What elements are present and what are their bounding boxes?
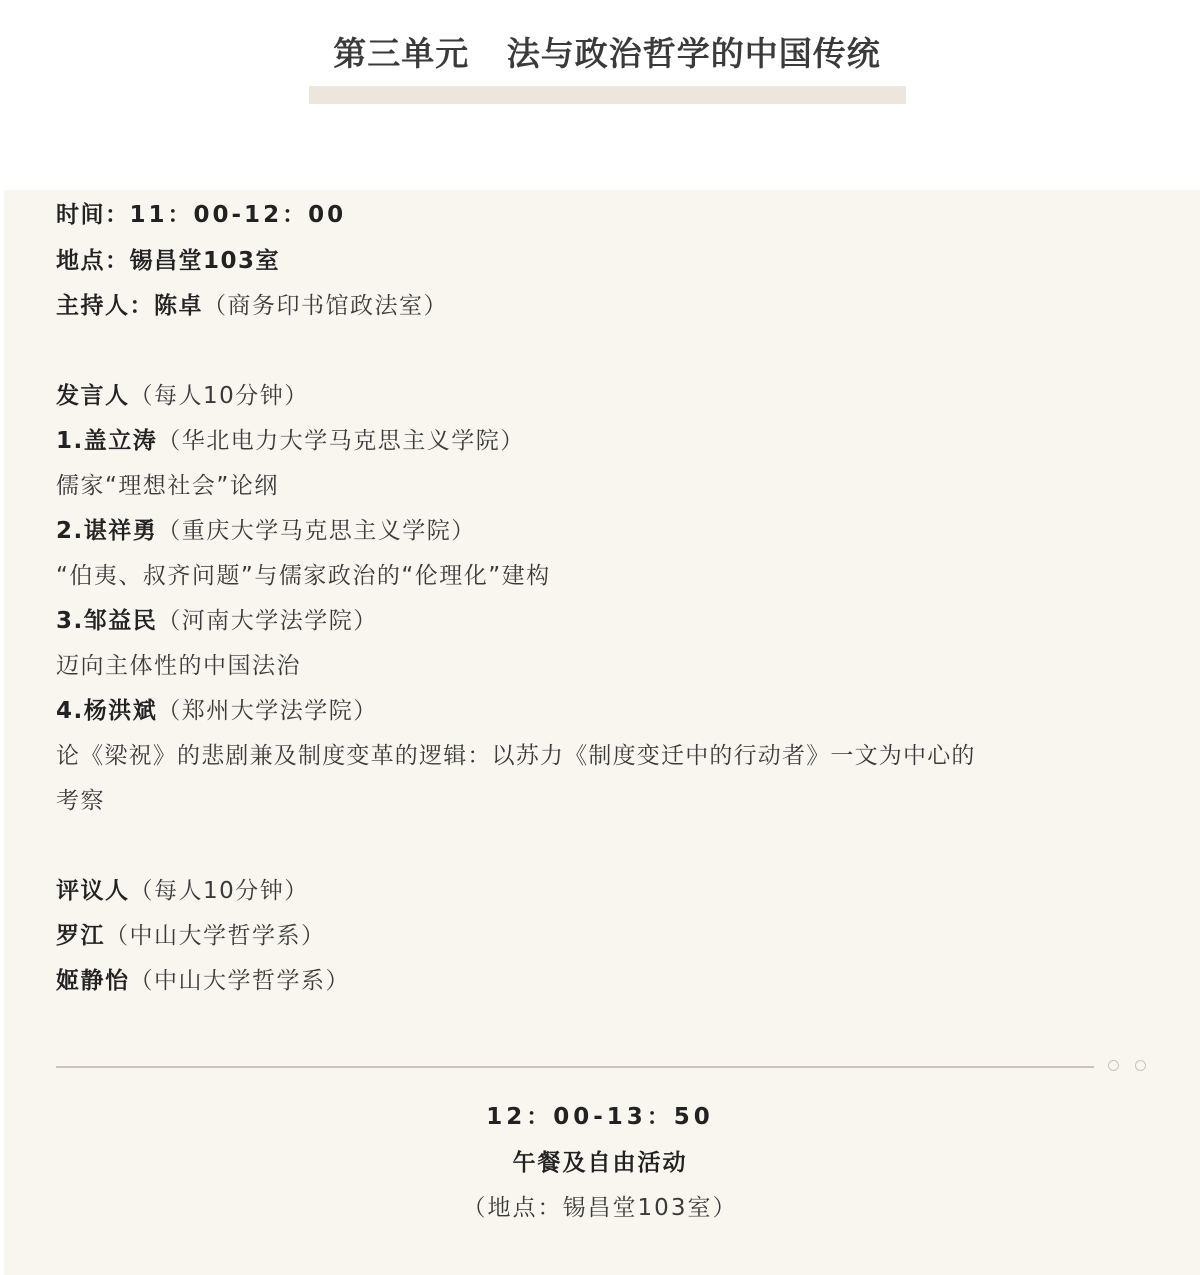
speaker-name: 3.邹益民 (56, 608, 157, 634)
commentator-1: 罗江（中山大学哲学系） (56, 921, 326, 951)
speaker-affiliation: （重庆大学马克思主义学院） (157, 518, 476, 544)
speaker-affiliation: （华北电力大学马克思主义学院） (157, 428, 525, 454)
location-value: 锡昌堂103室 (130, 248, 281, 274)
commentator-2: 姬静怡（中山大学哲学系） (56, 966, 350, 996)
speaker-3-topic: 迈向主体性的中国法治 (56, 651, 301, 681)
speaker-3: 3.邹益民（河南大学法学院） (56, 606, 378, 636)
speaker-4: 4.杨洪斌（郑州大学法学院） (56, 696, 378, 726)
speaker-1-topic: 儒家“理想社会”论纲 (56, 471, 279, 501)
commentator-affiliation: （中山大学哲学系） (130, 968, 351, 994)
host-label: 主持人： (56, 293, 154, 319)
speaker-affiliation: （河南大学法学院） (157, 608, 378, 634)
divider-circle-icon (1135, 1060, 1146, 1071)
time-label: 时间： (56, 202, 130, 228)
speaker-affiliation: （郑州大学法学院） (157, 698, 378, 724)
speaker-name: 1.盖立涛 (56, 428, 157, 454)
commentators-heading: 评议人（每人10分钟） (56, 876, 309, 906)
speakers-heading-note: （每人10分钟） (130, 383, 309, 409)
speaker-name: 2.谌祥勇 (56, 518, 157, 544)
host-name: 陈卓 (154, 293, 203, 319)
speaker-4-topic-continued: 考察 (56, 786, 105, 816)
time-value: 11：00-12：00 (130, 202, 347, 228)
commentator-name: 姬静怡 (56, 968, 130, 994)
commentator-affiliation: （中山大学哲学系） (105, 923, 326, 949)
unit-title: 第三单元 法与政治哲学的中国传统 (0, 28, 1200, 75)
session-host: 主持人：陈卓（商务印书馆政法室） (56, 291, 448, 321)
break-location: （地点：锡昌堂103室） (0, 1193, 1200, 1223)
commentators-heading-label: 评议人 (56, 878, 130, 904)
break-title: 午餐及自由活动 (0, 1148, 1200, 1178)
commentators-heading-note: （每人10分钟） (130, 878, 309, 904)
speaker-2: 2.谌祥勇（重庆大学马克思主义学院） (56, 516, 476, 546)
location-label: 地点： (56, 248, 130, 274)
speaker-name: 4.杨洪斌 (56, 698, 157, 724)
speaker-1: 1.盖立涛（华北电力大学马克思主义学院） (56, 426, 525, 456)
speaker-4-topic: 论《梁祝》的悲剧兼及制度变革的逻辑：以苏力《制度变迁中的行动者》一文为中心的 (56, 741, 976, 771)
divider-circle-icon (1108, 1060, 1119, 1071)
host-affiliation: （商务印书馆政法室） (203, 293, 448, 319)
speaker-2-topic: “伯夷、叔齐问题”与儒家政治的“伦理化”建构 (56, 561, 551, 591)
section-divider (56, 1066, 1094, 1068)
break-time: 12：00-13：50 (0, 1102, 1200, 1132)
title-underline-bar (309, 86, 906, 104)
section-header: 第三单元 法与政治哲学的中国传统 (0, 0, 1200, 190)
speakers-heading-label: 发言人 (56, 383, 130, 409)
session-location: 地点：锡昌堂103室 (56, 246, 280, 276)
session-time: 时间：11：00-12：00 (56, 200, 346, 230)
speakers-heading: 发言人（每人10分钟） (56, 381, 309, 411)
commentator-name: 罗江 (56, 923, 105, 949)
